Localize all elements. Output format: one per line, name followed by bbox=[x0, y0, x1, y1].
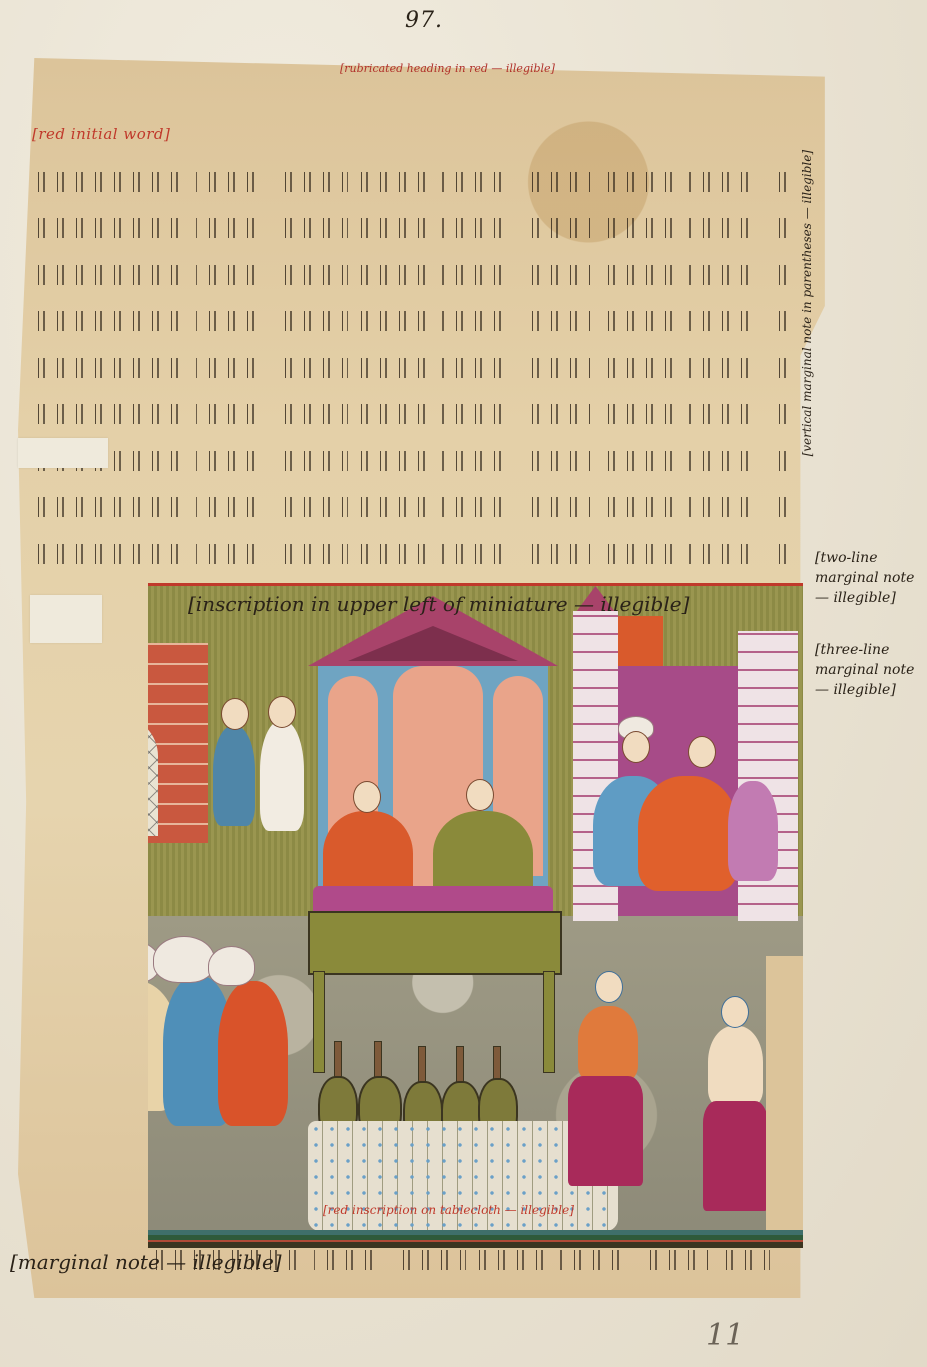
text-line-2 bbox=[32, 172, 792, 192]
script-ink bbox=[32, 172, 792, 192]
repair-patch bbox=[30, 595, 102, 643]
text-line-9 bbox=[32, 497, 792, 517]
attendant-blue bbox=[213, 726, 255, 826]
throne-leg bbox=[313, 971, 325, 1073]
script-ink bbox=[32, 497, 792, 517]
script-ink bbox=[32, 404, 792, 424]
margin-note-upper: [two-line marginal note — illegible] bbox=[815, 548, 920, 608]
script-ink bbox=[32, 544, 792, 564]
attendant-head bbox=[268, 696, 296, 728]
courtier-head bbox=[688, 736, 716, 768]
header-rubric: [rubricated heading in red — illegible] bbox=[340, 62, 555, 75]
text-line-1: [red initial word] bbox=[32, 125, 792, 145]
musician-skirt bbox=[703, 1101, 768, 1211]
text-line-3 bbox=[32, 218, 792, 238]
musician-head bbox=[595, 971, 623, 1003]
king-head bbox=[466, 779, 494, 811]
courtier-pink bbox=[728, 781, 778, 881]
margin-note-lower: [three-line marginal note — illegible] bbox=[815, 640, 920, 700]
courtier-head bbox=[622, 731, 650, 763]
text-line-5 bbox=[32, 311, 792, 331]
attendant-white bbox=[260, 721, 304, 831]
queen-head bbox=[353, 781, 381, 813]
script-ink bbox=[150, 1250, 770, 1270]
vertical-margin-note: [vertical marginal note in parentheses —… bbox=[800, 150, 814, 456]
caption-line bbox=[150, 1250, 770, 1270]
text-line-8 bbox=[32, 451, 792, 471]
musician-orange-top bbox=[578, 1006, 638, 1081]
miniature-border bbox=[148, 1230, 803, 1248]
throne-leg bbox=[543, 971, 555, 1073]
text-line-7 bbox=[32, 404, 792, 424]
text-line-4 bbox=[32, 265, 792, 285]
repair-patch bbox=[18, 438, 108, 468]
folio-number: 97. bbox=[405, 8, 443, 33]
musician-cream-top bbox=[708, 1026, 763, 1106]
text-line-10 bbox=[32, 544, 792, 564]
script-ink bbox=[32, 218, 792, 238]
tablecloth-inscription: [red inscription on tablecloth — illegib… bbox=[323, 1203, 574, 1217]
script-ink bbox=[32, 451, 792, 471]
turban bbox=[153, 936, 215, 983]
pencil-number: 11 bbox=[706, 1318, 744, 1353]
courtier-orange bbox=[638, 776, 738, 891]
attendant-head bbox=[221, 698, 249, 730]
miniature-painting: [red inscription on tablecloth — illegib… bbox=[148, 583, 803, 1248]
rubric-initial: [red initial word] bbox=[32, 125, 170, 143]
script-ink bbox=[32, 265, 792, 285]
orange-wall-block bbox=[618, 616, 663, 666]
musician-head bbox=[721, 996, 749, 1028]
musician-skirt bbox=[568, 1076, 643, 1186]
script-ink bbox=[32, 358, 792, 378]
text-block: [red initial word] bbox=[32, 125, 792, 590]
parchment-overlap bbox=[766, 956, 803, 1246]
turban bbox=[208, 946, 255, 986]
text-line-6 bbox=[32, 358, 792, 378]
elder-red bbox=[218, 981, 288, 1126]
miniature-inscription: [inscription in upper left of miniature … bbox=[188, 592, 689, 616]
script-ink bbox=[32, 311, 792, 331]
throne-base bbox=[308, 911, 562, 975]
